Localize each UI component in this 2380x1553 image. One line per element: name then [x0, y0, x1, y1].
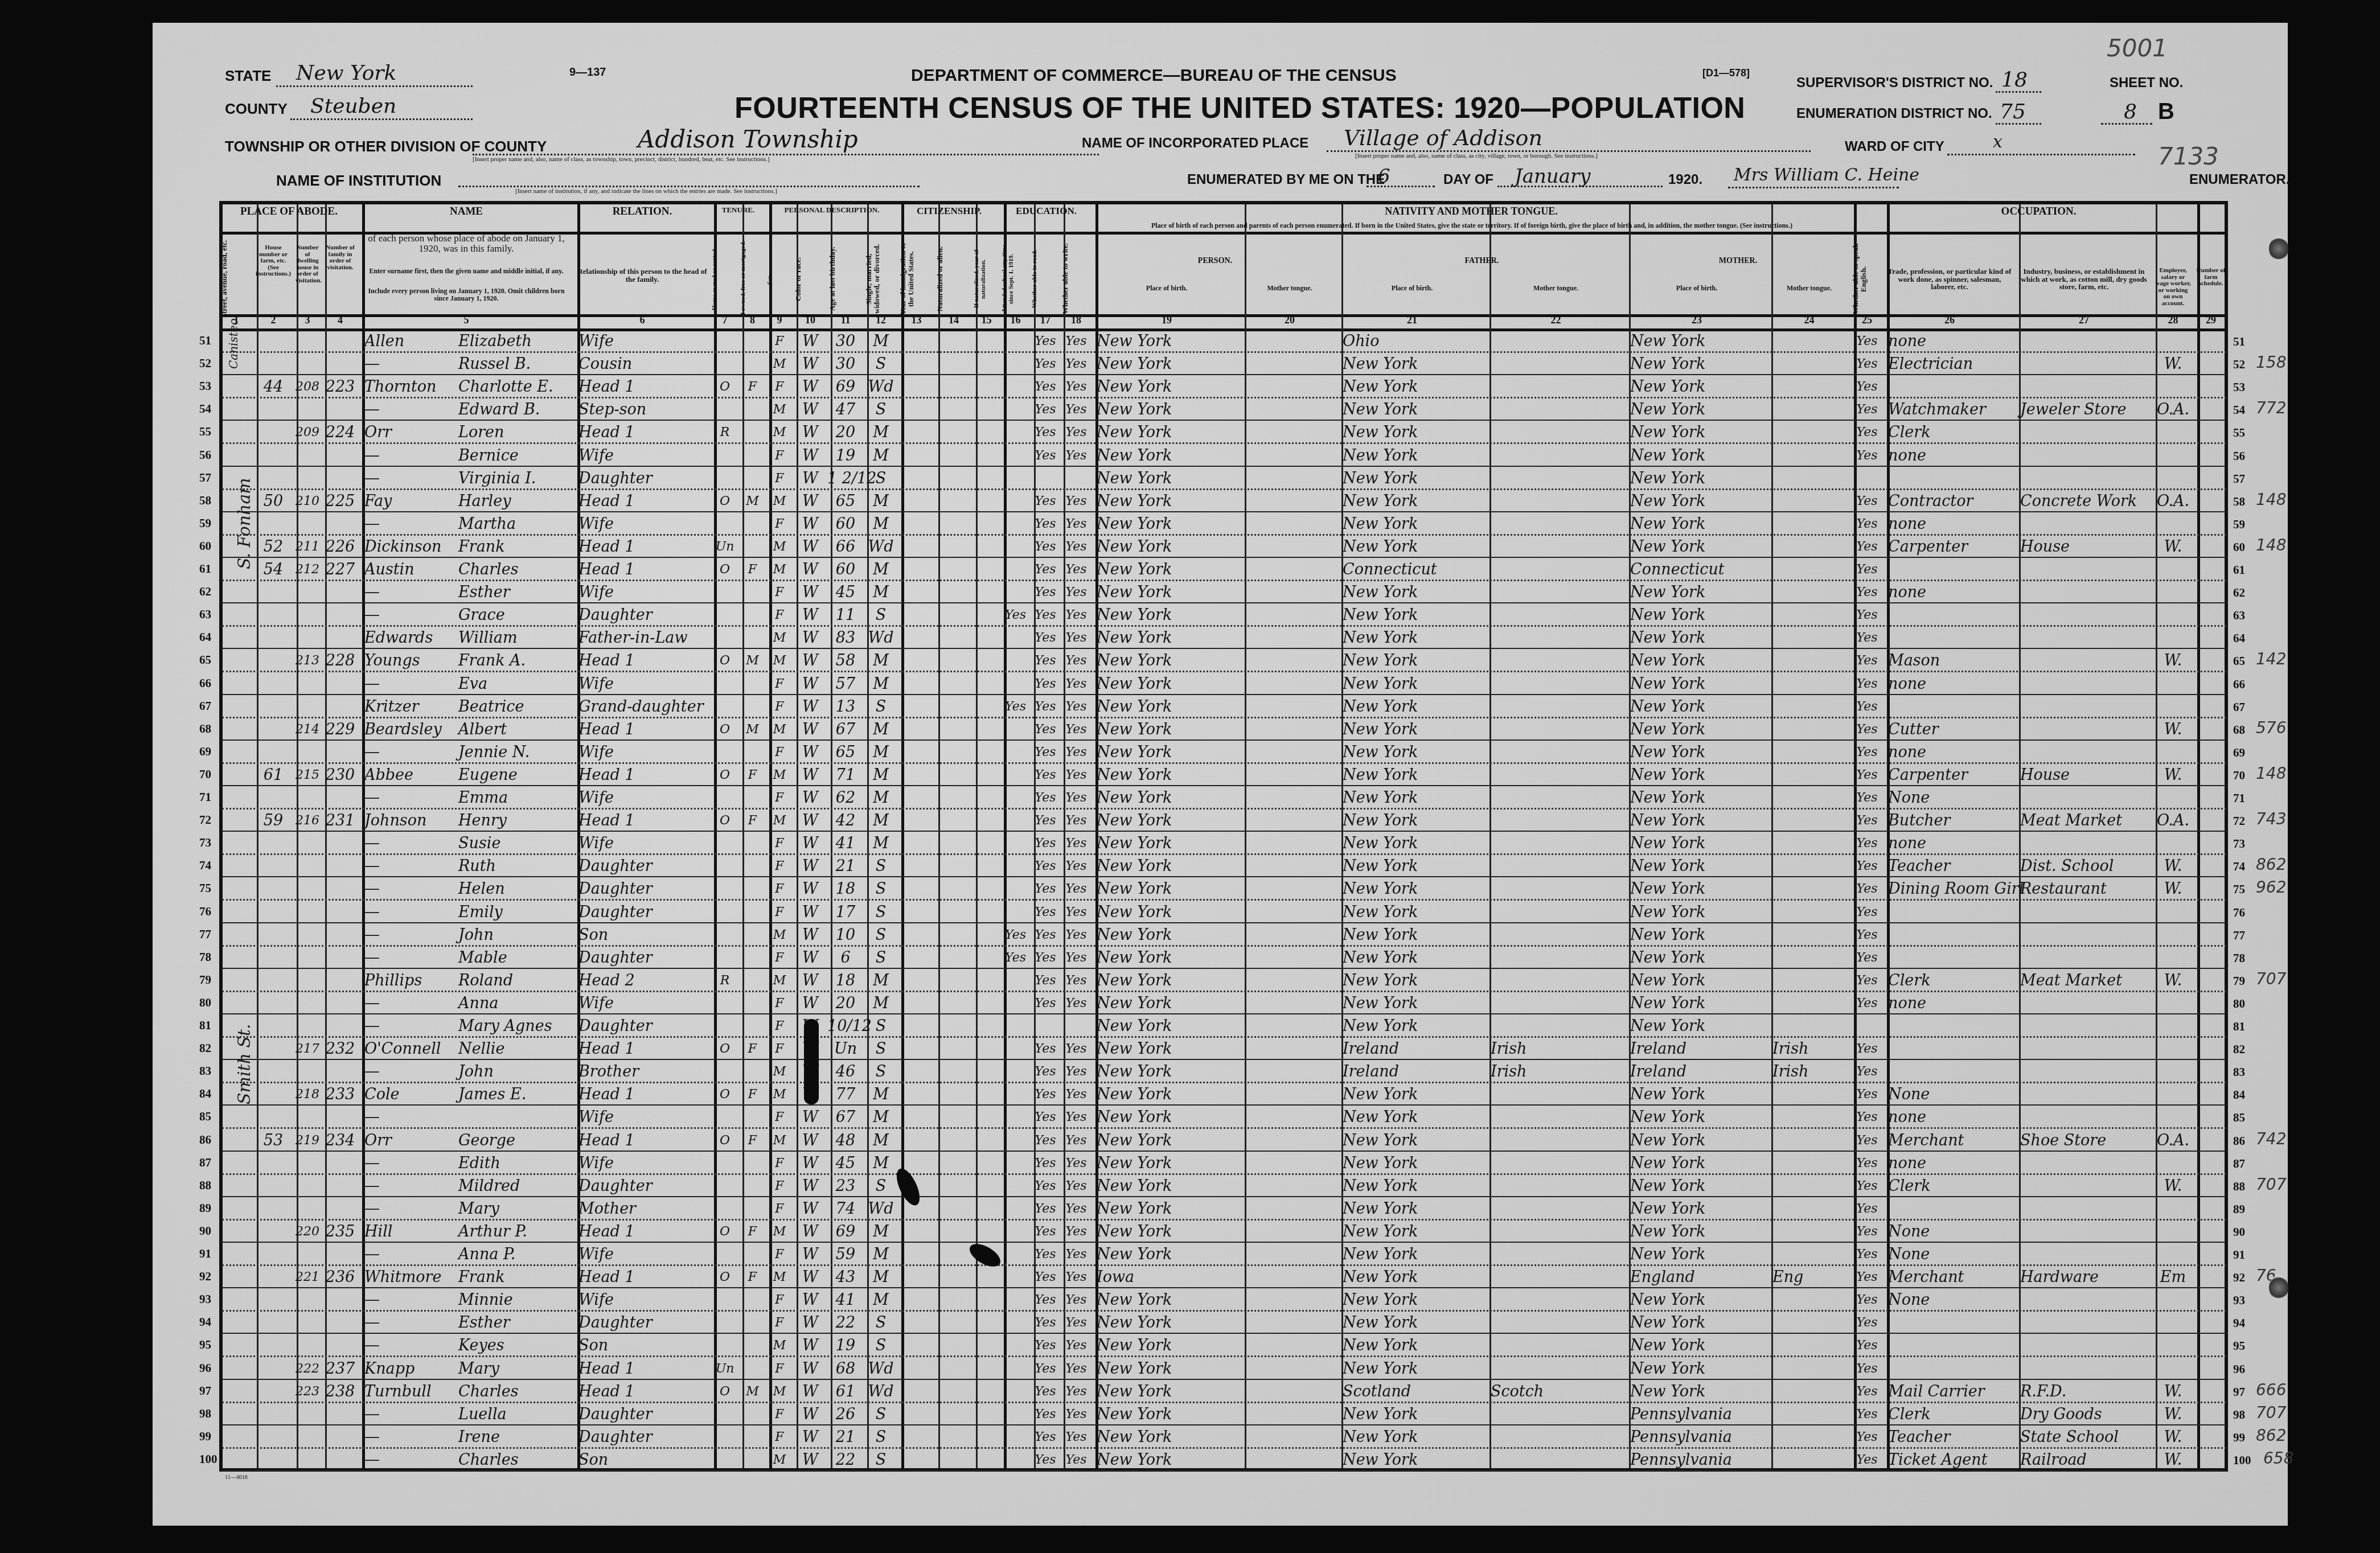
line-number-left: 99 — [199, 1429, 211, 1444]
cell-english: Yes — [1850, 626, 1884, 648]
cell-marital: S — [864, 946, 898, 968]
cell-f-tongue — [1491, 557, 1626, 580]
cell-english: Yes — [1850, 580, 1884, 603]
cell-m-tongue — [1772, 991, 1850, 1014]
incorporated-line — [1327, 150, 1811, 152]
cell-trade: Electrician — [1888, 352, 2016, 375]
cell-race: W — [793, 1265, 827, 1288]
table-row: ThorntonCharlotte E.44208223Head 1OFFW69… — [0, 375, 2380, 397]
cell-english: Yes — [1850, 443, 1884, 466]
person-name: JohnsonHenry — [364, 808, 569, 831]
line-number-left: 97 — [199, 1384, 211, 1398]
cell-family: 224 — [322, 420, 359, 443]
cell-m-tongue — [1772, 557, 1850, 580]
cell-english: Yes — [1850, 512, 1884, 535]
state-value: New York — [296, 61, 396, 85]
cell-f-birth: New York — [1343, 763, 1486, 786]
cell-school — [1000, 1310, 1031, 1333]
cell-m-tongue — [1772, 786, 1850, 808]
cell-class: W. — [2152, 1448, 2194, 1470]
cell-trade — [1888, 946, 2016, 968]
cell-sex: F — [766, 580, 793, 603]
cell-write: Yes — [1060, 1197, 1092, 1219]
cell-own — [711, 900, 739, 923]
cell-own: Un — [711, 1357, 739, 1379]
cell-own — [711, 603, 739, 626]
cell-birth: New York — [1097, 1333, 1241, 1356]
person-name: BeardsleyAlbert — [364, 717, 569, 740]
cell-f-tongue — [1491, 1288, 1626, 1310]
cell-race: W — [793, 831, 827, 854]
given-name: Harley — [458, 492, 511, 510]
cell-school — [1000, 1265, 1031, 1288]
cell-mort — [739, 1174, 766, 1197]
cell-birth: New York — [1097, 512, 1241, 535]
table-row: —WifeFW67MYesYesNew YorkNew YorkNew York… — [0, 1105, 2380, 1128]
cell-age: 30 — [827, 352, 864, 375]
person-name: AbbeeEugene — [364, 763, 569, 786]
cell-f-birth: New York — [1343, 695, 1486, 717]
enum-day-line — [1367, 186, 1435, 187]
cell-dwelling: 217 — [293, 1037, 322, 1059]
cell-family: 236 — [322, 1265, 359, 1288]
column-number-13: 13 — [898, 314, 935, 326]
cell-dwelling: 220 — [293, 1219, 322, 1242]
person-name: —Virginia I. — [364, 466, 569, 489]
cell-own — [711, 695, 739, 717]
cell-f-birth: New York — [1343, 1242, 1486, 1265]
cell-f-tongue — [1491, 923, 1626, 946]
cell-age: 17 — [827, 900, 864, 923]
cell-mort — [739, 968, 766, 991]
cell-english: Yes — [1850, 603, 1884, 626]
cell-birth: New York — [1097, 397, 1241, 420]
cell-own: O — [711, 1219, 739, 1242]
cell-english: Yes — [1850, 1105, 1884, 1128]
cell-english: Yes — [1850, 672, 1884, 695]
cell-mort: F — [739, 1128, 766, 1151]
cell-trade: none — [1888, 672, 2016, 695]
line-number-right: 71 — [2233, 791, 2245, 806]
cell-m-birth: New York — [1630, 1379, 1768, 1402]
cell-f-tongue — [1491, 1105, 1626, 1128]
cell-f-birth: New York — [1343, 991, 1486, 1014]
cell-write: Yes — [1060, 420, 1092, 443]
cell-relation: Wife — [578, 1151, 711, 1174]
given-name: Bernice — [458, 447, 519, 465]
stamp-number-top: 5001 — [2107, 34, 2168, 62]
cell-trade: Clerk — [1888, 1174, 2016, 1197]
person-name: —Edith — [364, 1151, 569, 1174]
cell-family — [322, 512, 359, 535]
cell-sex: F — [766, 1425, 793, 1448]
cell-mort — [739, 1288, 766, 1310]
table-row: —EmmaWifeFW62MYesYesNew YorkNew YorkNew … — [0, 786, 2380, 808]
person-name: —Esther — [364, 580, 569, 603]
cell-own: O — [711, 1082, 739, 1105]
cell-dwelling — [293, 1014, 322, 1037]
cell-mort — [739, 1014, 766, 1037]
surname: — — [364, 831, 458, 856]
surname: Edwards — [364, 626, 458, 651]
cell-m-birth: Pennsylvania — [1630, 1448, 1768, 1470]
column-number-29: 29 — [2194, 314, 2228, 326]
cell-write: Yes — [1060, 695, 1092, 717]
cell-marital: M — [864, 968, 898, 991]
person-name: KritzerBeatrice — [364, 695, 569, 717]
cell-sex: F — [766, 786, 793, 808]
cell-dwelling: 223 — [293, 1379, 322, 1402]
cell-f-tongue — [1491, 1448, 1626, 1470]
cell-own — [711, 466, 739, 489]
cell-industry: Hardware — [2020, 1265, 2152, 1288]
institution-line — [458, 186, 920, 187]
cell-sex: F — [766, 1242, 793, 1265]
cell-f-tongue — [1491, 786, 1626, 808]
cell-race: W — [793, 1128, 827, 1151]
column-number-18: 18 — [1060, 314, 1092, 326]
cell-write: Yes — [1060, 1402, 1092, 1425]
cell-relation: Wife — [578, 1242, 711, 1265]
cell-birth: New York — [1097, 352, 1241, 375]
given-name: Roland — [458, 972, 513, 989]
cell-f-tongue — [1491, 717, 1626, 740]
cell-race: W — [793, 603, 827, 626]
cell-f-birth: New York — [1343, 1288, 1486, 1310]
cell-marital: S — [864, 1059, 898, 1082]
cell-read: Yes — [1031, 1310, 1060, 1333]
group-place-of-abode: PLACE OF ABODE. — [219, 206, 359, 217]
cell-family — [322, 786, 359, 808]
given-name: Beatrice — [458, 698, 524, 716]
cell-f-tongue: Irish — [1491, 1037, 1626, 1059]
cell-m-tongue — [1772, 397, 1850, 420]
cell-write: Yes — [1060, 786, 1092, 808]
line-number-left: 68 — [199, 722, 211, 736]
cell-own — [711, 923, 739, 946]
cell-marital: S — [864, 695, 898, 717]
column-number-22: 22 — [1486, 314, 1626, 326]
table-row: —IreneDaughterFW21SYesYesNew YorkNew Yor… — [0, 1425, 2380, 1448]
cell-dwelling — [293, 1197, 322, 1219]
cell-read: Yes — [1031, 1288, 1060, 1310]
cell-dwelling — [293, 854, 322, 877]
cell-house — [253, 1174, 293, 1197]
column-number-24: 24 — [1768, 314, 1850, 326]
cell-family: 228 — [322, 648, 359, 671]
cell-m-tongue — [1772, 1014, 1850, 1037]
cell-race: W — [793, 1219, 827, 1242]
cell-marital: S — [864, 1448, 898, 1470]
cell-m-tongue — [1772, 1357, 1850, 1379]
cell-school — [1000, 1128, 1031, 1151]
cell-industry — [2020, 626, 2152, 648]
cell-m-birth: New York — [1630, 717, 1768, 740]
cell-m-tongue — [1772, 535, 1850, 557]
cell-dwelling — [293, 1174, 322, 1197]
person-name: —Bernice — [364, 443, 569, 466]
enumeration-label: ENUMERATION DISTRICT NO. — [1796, 106, 1992, 122]
cell-own — [711, 786, 739, 808]
cell-birth: New York — [1097, 1128, 1241, 1151]
person-name: YoungsFrank A. — [364, 648, 569, 671]
occupation-code: 148 — [2256, 536, 2286, 554]
cell-m-birth: New York — [1630, 672, 1768, 695]
cell-industry — [2020, 1151, 2152, 1174]
cell-house — [253, 900, 293, 923]
cell-class — [2152, 329, 2194, 352]
cell-f-birth: New York — [1343, 1128, 1486, 1151]
line-number-left: 51 — [199, 334, 211, 348]
cell-dwelling — [293, 580, 322, 603]
cell-f-birth: New York — [1343, 900, 1486, 923]
cell-sex: F — [766, 1357, 793, 1379]
occupation-code: 962 — [2256, 878, 2286, 897]
cell-mort — [739, 535, 766, 557]
cell-class — [2152, 557, 2194, 580]
cell-marital: M — [864, 1151, 898, 1174]
cell-trade: none — [1888, 1105, 2016, 1128]
cell-mort: M — [739, 489, 766, 512]
cell-house — [253, 1265, 293, 1288]
line-number-right: 79 — [2233, 974, 2245, 988]
cell-birth: New York — [1097, 1197, 1241, 1219]
column-heading-25: Whether able to speak English. — [1852, 239, 1882, 319]
line-number-right: 72 — [2233, 814, 2245, 828]
cell-m-birth: England — [1630, 1265, 1768, 1288]
cell-marital: M — [864, 717, 898, 740]
cell-f-birth: New York — [1343, 808, 1486, 831]
cell-write: Yes — [1060, 352, 1092, 375]
township-value: Addison Township — [638, 125, 858, 153]
cell-school — [1000, 466, 1031, 489]
cell-house: 52 — [253, 535, 293, 557]
cell-own — [711, 831, 739, 854]
person-name: —Minnie — [364, 1288, 569, 1310]
column-number-5: 5 — [359, 314, 574, 326]
table-row: —JohnBrotherMW46SYesYesNew YorkIrelandIr… — [0, 1059, 2380, 1082]
cell-m-birth: New York — [1630, 1151, 1768, 1174]
person-name: —Jennie N. — [364, 740, 569, 763]
cell-read — [1031, 466, 1060, 489]
cell-class — [2152, 1082, 2194, 1105]
cell-f-birth: New York — [1343, 1265, 1486, 1288]
cell-f-tongue — [1491, 626, 1626, 648]
cell-m-birth: New York — [1630, 808, 1768, 831]
person-name: —Emma — [364, 786, 569, 808]
column-heading-27: Industry, business, or establishment in … — [2018, 268, 2150, 291]
cell-mort — [739, 1197, 766, 1219]
cell-house: 54 — [253, 557, 293, 580]
cell-house — [253, 1425, 293, 1448]
cell-tongue — [1246, 1105, 1338, 1128]
line-number-right: 87 — [2233, 1157, 2245, 1171]
line-number-left: 73 — [199, 836, 211, 850]
given-name: Charlotte E. — [458, 378, 553, 396]
cell-m-tongue — [1772, 808, 1850, 831]
cell-marital: M — [864, 580, 898, 603]
column-heading-1: Street, avenue, road, etc. — [220, 239, 252, 319]
person-name: AllenElizabeth — [364, 329, 569, 352]
cell-school: Yes — [1000, 603, 1031, 626]
cell-sex: M — [766, 1448, 793, 1470]
cell-write: Yes — [1060, 1310, 1092, 1333]
surname: Austin — [364, 557, 458, 582]
cell-m-birth: New York — [1630, 968, 1768, 991]
cell-tongue — [1246, 466, 1338, 489]
cell-marital: S — [864, 1174, 898, 1197]
cell-read: Yes — [1031, 717, 1060, 740]
surname: Orr — [364, 1128, 458, 1153]
cell-english: Yes — [1850, 1197, 1884, 1219]
table-row: —SusieWifeFW41MYesYesNew YorkNew YorkNew… — [0, 831, 2380, 854]
surname: — — [364, 877, 458, 902]
cell-own: Un — [711, 535, 739, 557]
stamp-number-right: 7133 — [2158, 142, 2219, 170]
cell-read: Yes — [1031, 1333, 1060, 1356]
cell-school — [1000, 535, 1031, 557]
cell-m-tongue — [1772, 1082, 1850, 1105]
cell-relation: Step-son — [578, 397, 711, 420]
given-name: Eugene — [458, 766, 518, 784]
cell-tongue — [1246, 1014, 1338, 1037]
cell-school — [1000, 672, 1031, 695]
sheet-value: 8 — [2124, 100, 2137, 124]
given-name: Russel B. — [458, 355, 531, 373]
cell-write: Yes — [1060, 991, 1092, 1014]
cell-f-birth: New York — [1343, 1105, 1486, 1128]
cell-english — [1850, 1014, 1884, 1037]
given-name: John — [458, 926, 494, 944]
cell-marital: M — [864, 1128, 898, 1151]
cell-m-birth: New York — [1630, 1310, 1768, 1333]
cell-read: Yes — [1031, 329, 1060, 352]
cell-m-birth: New York — [1630, 1174, 1768, 1197]
cell-birth: New York — [1097, 1219, 1241, 1242]
cell-race: W — [793, 580, 827, 603]
cell-english: Yes — [1850, 1448, 1884, 1470]
line-number-right: 74 — [2233, 860, 2245, 874]
cell-trade: None — [1888, 786, 2016, 808]
cell-trade: Cutter — [1888, 717, 2016, 740]
line-number-right: 83 — [2233, 1065, 2245, 1079]
cell-birth: New York — [1097, 535, 1241, 557]
cell-dwelling: 212 — [293, 557, 322, 580]
line-number-left: 59 — [199, 516, 211, 531]
form-code: [D1—578] — [1702, 67, 1750, 79]
cell-f-tongue — [1491, 946, 1626, 968]
surname: — — [364, 512, 458, 537]
cell-m-birth: New York — [1630, 397, 1768, 420]
cell-read: Yes — [1031, 763, 1060, 786]
cell-industry — [2020, 1357, 2152, 1379]
cell-f-tongue — [1491, 489, 1626, 512]
line-number-left: 74 — [199, 858, 211, 873]
given-name: Nellie — [458, 1040, 505, 1058]
cell-own — [711, 1288, 739, 1310]
cell-age: 69 — [827, 375, 864, 397]
cell-house — [253, 1219, 293, 1242]
cell-family: 232 — [322, 1037, 359, 1059]
surname: Beardsley — [364, 717, 458, 742]
cell-write: Yes — [1060, 603, 1092, 626]
cell-f-birth: New York — [1343, 717, 1486, 740]
cell-age: 13 — [827, 695, 864, 717]
scan-border — [0, 1531, 2380, 1553]
cell-mort: F — [739, 1265, 766, 1288]
surname: — — [364, 672, 458, 697]
cell-family — [322, 1174, 359, 1197]
cell-read: Yes — [1031, 672, 1060, 695]
cell-tongue — [1246, 900, 1338, 923]
cell-trade: Ticket Agent — [1888, 1448, 2016, 1470]
cell-marital: S — [864, 877, 898, 899]
group-name: NAME — [359, 206, 574, 217]
table-row: WhitmoreFrank221236Head 1OFMW43MYesYesIo… — [0, 1265, 2380, 1288]
column-heading-14: Naturalized or alien. — [936, 239, 971, 319]
cell-race: W — [793, 1105, 827, 1128]
cell-f-birth: New York — [1343, 740, 1486, 763]
given-name: Charles — [458, 561, 519, 578]
cell-m-tongue — [1772, 352, 1850, 375]
cell-age: 43 — [827, 1265, 864, 1288]
cell-relation: Daughter — [578, 1425, 711, 1448]
cell-own: O — [711, 375, 739, 397]
table-row: KritzerBeatriceGrand-daughterFW13SYesYes… — [0, 695, 2380, 717]
cell-birth: New York — [1097, 648, 1241, 671]
cell-dwelling: 211 — [293, 535, 322, 557]
cell-f-birth: New York — [1343, 352, 1486, 375]
cell-own — [711, 1151, 739, 1174]
cell-sex: M — [766, 717, 793, 740]
cell-f-birth: New York — [1343, 1448, 1486, 1470]
cell-mort: F — [739, 763, 766, 786]
cell-read: Yes — [1031, 1059, 1060, 1082]
cell-m-tongue — [1772, 877, 1850, 899]
column-number-16: 16 — [1000, 314, 1031, 326]
cell-marital: Wd — [864, 626, 898, 648]
cell-sex: F — [766, 1037, 793, 1059]
cell-m-birth: New York — [1630, 1219, 1768, 1242]
cell-write: Yes — [1060, 831, 1092, 854]
cell-trade: none — [1888, 1151, 2016, 1174]
cell-own: O — [711, 1128, 739, 1151]
cell-f-birth: New York — [1343, 1151, 1486, 1174]
cell-sex: F — [766, 946, 793, 968]
cell-house — [253, 1448, 293, 1470]
cell-age: 41 — [827, 1288, 864, 1310]
cell-tongue — [1246, 1265, 1338, 1288]
occupation-code: 707 — [2256, 969, 2286, 988]
cell-age: 45 — [827, 1151, 864, 1174]
cell-f-tongue — [1491, 648, 1626, 671]
cell-birth: New York — [1097, 1174, 1241, 1197]
cell-mort — [739, 1333, 766, 1356]
cell-birth: New York — [1097, 1151, 1241, 1174]
cell-trade — [1888, 466, 2016, 489]
given-name: Eva — [458, 675, 487, 693]
column-number-3: 3 — [293, 314, 322, 326]
cell-house — [253, 1288, 293, 1310]
cell-sex: F — [766, 1402, 793, 1425]
cell-marital: Wd — [864, 1357, 898, 1379]
cell-relation: Daughter — [578, 603, 711, 626]
cell-school — [1000, 352, 1031, 375]
cell-house — [253, 1242, 293, 1265]
cell-sex: M — [766, 535, 793, 557]
column-heading-9: Sex. — [767, 239, 792, 319]
cell-race: W — [793, 854, 827, 877]
